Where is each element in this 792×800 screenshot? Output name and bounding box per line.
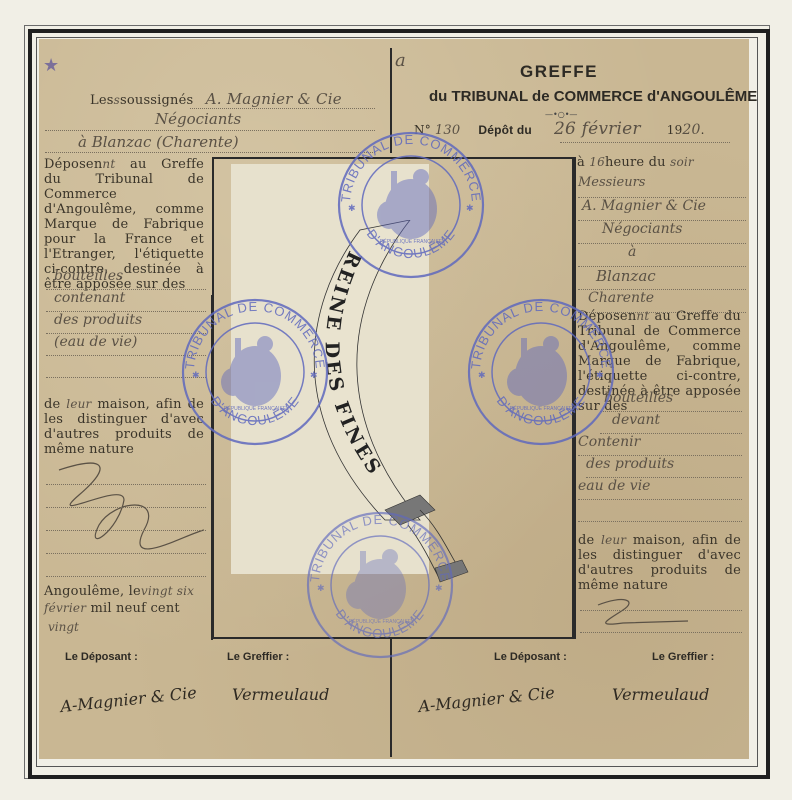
house-prefix: de xyxy=(578,533,594,548)
dotted-line xyxy=(46,462,206,485)
dotted-line xyxy=(46,531,206,554)
right-house-paragraph: de leur maison, afin de les distinguer d… xyxy=(578,533,741,593)
hour-period: soir xyxy=(670,155,694,169)
house-prefix: de xyxy=(44,397,60,412)
hour-row: à 16heure du soir xyxy=(577,155,737,170)
dotted-line xyxy=(580,610,742,611)
dotted-line xyxy=(46,508,206,531)
deposit-year-printed: 19 xyxy=(667,123,683,137)
left-blank-lines xyxy=(46,462,206,577)
product-line: bouteilles xyxy=(600,390,742,412)
svg-text:RÉPUBLIQUE FRANÇAISE: RÉPUBLIQUE FRANÇAISE xyxy=(349,618,412,625)
svg-text:RÉPUBLIQUE FRANÇAISE: RÉPUBLIQUE FRANÇAISE xyxy=(510,405,573,412)
left-company-trade: Négociants xyxy=(155,110,241,128)
header-title: GREFFE xyxy=(520,62,598,82)
deposit-date-label: Dépôt du xyxy=(478,123,532,137)
dotted-line xyxy=(560,142,730,143)
svg-text:RÉPUBLIQUE FRANÇAISE: RÉPUBLIQUE FRANÇAISE xyxy=(380,238,443,245)
dotted-line xyxy=(46,554,206,577)
left-clerk-label: Le Greffier : xyxy=(227,651,289,663)
hour-value: 16 xyxy=(589,155,605,169)
left-company-location: à Blanzac (Charente) xyxy=(78,133,239,151)
deposit-date-value: 26 février xyxy=(554,119,641,139)
deposit-year-handwritten: 20 xyxy=(682,122,700,138)
svg-text:✱: ✱ xyxy=(348,204,356,214)
product-line: bouteilles xyxy=(46,268,206,290)
undersigned-label: Les xyxy=(90,93,114,108)
star-icon: ★ xyxy=(43,55,59,76)
undersigned-line: Lesssoussignés A. Magnier & Cie xyxy=(90,92,375,108)
left-company-name: A. Magnier & Cie xyxy=(206,90,342,108)
house-handwritten: leur xyxy=(66,397,91,411)
right-location-town: Blanzac xyxy=(578,267,746,290)
right-clerk-label: Le Greffier : xyxy=(652,651,714,663)
left-depositor-label: Le Déposant : xyxy=(65,651,138,663)
svg-text:✱: ✱ xyxy=(310,371,318,381)
messieurs: Messieurs xyxy=(578,175,645,190)
hour-text: heure du xyxy=(605,155,666,170)
date-day: vingt six xyxy=(141,584,194,598)
dotted-line xyxy=(578,500,742,522)
corner-mark: a xyxy=(395,50,406,71)
svg-text:✱: ✱ xyxy=(192,371,200,381)
left-clerk-signature: Vermeulaud xyxy=(232,685,329,704)
year-handwritten: vingt xyxy=(48,620,79,634)
year-printed: mil neuf cent xyxy=(90,601,179,616)
house-handwritten: leur xyxy=(601,533,626,547)
deposit-handwritten: nt xyxy=(102,157,115,171)
undersigned-word: soussignés xyxy=(120,93,193,108)
deposit-prefix: Déposen xyxy=(44,157,102,172)
svg-text:✱: ✱ xyxy=(478,371,486,381)
court-stamp: TRIBUNAL DE COMMERCE D'ANGOULÊME RÉPUBLI… xyxy=(180,297,330,447)
left-place-date: Angoulême, levingt six xyxy=(44,584,214,599)
header-ornament: —•○•— xyxy=(545,110,577,119)
left-month-year: février mil neuf cent xyxy=(44,601,214,616)
svg-text:✱: ✱ xyxy=(317,584,325,594)
svg-text:✱: ✱ xyxy=(466,204,474,214)
right-clerk-signature: Vermeulaud xyxy=(612,685,709,704)
right-depositor-label: Le Déposant : xyxy=(494,651,567,663)
header-subtitle: du TRIBUNAL de COMMERCE d'ANGOULÊME xyxy=(429,88,757,105)
right-product-lines: bouteilles devant Contenir des produits … xyxy=(600,390,742,522)
svg-text:✱: ✱ xyxy=(596,371,604,381)
dotted-line xyxy=(45,152,375,153)
right-name-lines: Messieurs A. Magnier & Cie Négociants à … xyxy=(578,175,746,313)
svg-text:✱: ✱ xyxy=(435,584,443,594)
deposit-handwritten: nt xyxy=(636,309,649,323)
right-company-trade: Négociants xyxy=(578,221,746,244)
strike-through-z xyxy=(578,595,748,635)
date-month: février xyxy=(44,601,86,615)
dotted-line xyxy=(580,632,742,633)
dotted-line xyxy=(45,130,375,131)
court-stamp: TRIBUNAL DE COMMERCE D'ANGOULÊME RÉPUBLI… xyxy=(336,130,486,280)
messieurs-line: Messieurs xyxy=(578,175,746,198)
svg-text:RÉPUBLIQUE FRANÇAISE: RÉPUBLIQUE FRANÇAISE xyxy=(224,405,287,412)
right-company-name: A. Magnier & Cie xyxy=(578,198,746,221)
dotted-line xyxy=(46,485,206,508)
product-line: devant xyxy=(600,412,742,434)
court-stamp: TRIBUNAL DE COMMERCE D'ANGOULÊME RÉPUBLI… xyxy=(305,510,455,660)
product-line: eau de vie xyxy=(578,478,742,500)
right-location-a: à xyxy=(578,244,746,267)
place-date-label: Angoulême, le xyxy=(44,584,141,599)
court-stamp: TRIBUNAL DE COMMERCE D'ANGOULÊME RÉPUBLI… xyxy=(466,297,616,447)
dotted-line xyxy=(190,108,375,109)
hour-prefix: à xyxy=(577,155,585,170)
product-line: des produits xyxy=(586,456,742,478)
